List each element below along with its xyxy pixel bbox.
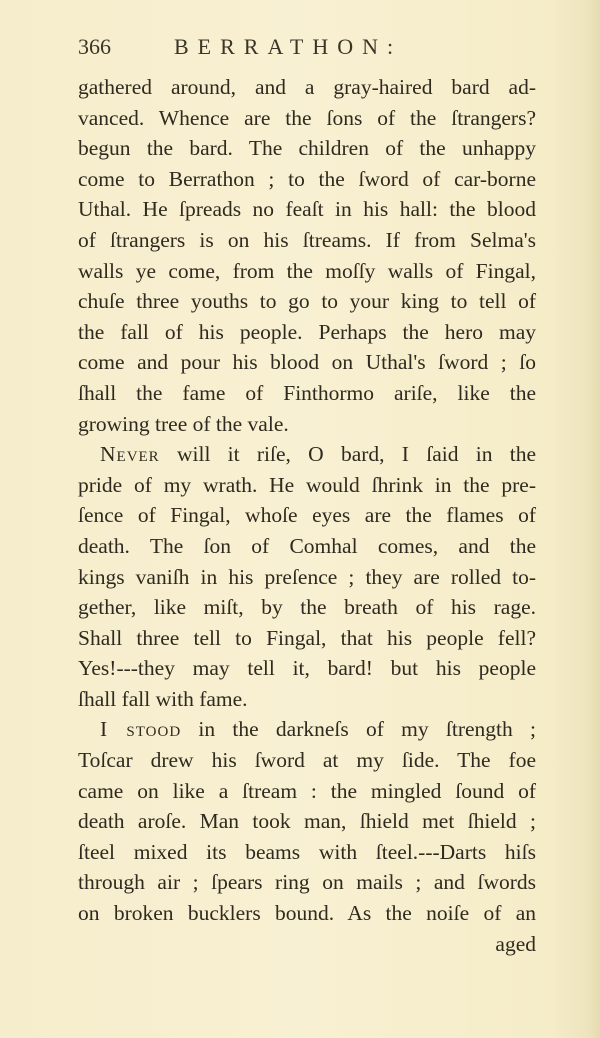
text-line: ſhall fall with fame. [78, 684, 536, 715]
text-line: growing tree of the vale. [78, 409, 536, 440]
page-number: 366 [78, 34, 111, 60]
body-text: gathered around, and a gray-haired bard … [78, 72, 536, 959]
text-line: the fall of his people. Perhaps the hero… [78, 317, 536, 348]
text-run: will it riſe, O bard, I ſaid in the [177, 442, 536, 466]
page-header: 366 BERRATHON: [78, 30, 538, 64]
text-line: of ſtrangers is on his ſtreams. If from … [78, 225, 536, 256]
text-line: pride of my wrath. He would ſhrink in th… [78, 470, 536, 501]
catchword: aged [78, 929, 536, 960]
text-line: ſhall the fame of Finthormo ariſe, like … [78, 378, 536, 409]
paragraph-first-line: Never will it riſe, O bard, I ſaid in th… [78, 439, 536, 470]
text-line: begun the bard. The children of the unha… [78, 133, 536, 164]
text-line: walls ye come, from the moſſy walls of F… [78, 256, 536, 287]
text-line: Toſcar drew his ſword at my ſide. The fo… [78, 745, 536, 776]
text-line: vanced. Whence are the ſons of the ſtran… [78, 103, 536, 134]
text-line: gether, like miſt, by the breath of his … [78, 592, 536, 623]
running-title: BERRATHON: [174, 34, 402, 60]
text-line: come to Berrathon ; to the ſword of car-… [78, 164, 536, 195]
paragraph-lead-word: Never [100, 442, 160, 466]
text-line: on broken bucklers bound. As the noiſe o… [78, 898, 536, 929]
text-line: kings vaniſh in his preſence ; they are … [78, 562, 536, 593]
text-run: in the darkneſs of my ſtrength ; [198, 717, 536, 741]
book-page: 366 BERRATHON: gathered around, and a gr… [0, 0, 600, 1038]
text-line: come and pour his blood on Uthal's ſword… [78, 347, 536, 378]
text-line: Uthal. He ſpreads no feaſt in his hall: … [78, 194, 536, 225]
text-line: Shall three tell to Fingal, that his peo… [78, 623, 536, 654]
text-line: death aroſe. Man took man, ſhield met ſh… [78, 806, 536, 837]
text-line: ſteel mixed its beams with ſteel.---Dart… [78, 837, 536, 868]
text-line: chuſe three youths to go to your king to… [78, 286, 536, 317]
text-line: ſence of Fingal, whoſe eyes are the flam… [78, 500, 536, 531]
text-line: came on like a ſtream : the mingled ſoun… [78, 776, 536, 807]
text-line: death. The ſon of Comhal comes, and the [78, 531, 536, 562]
page-edge [592, 0, 600, 1038]
text-line: Yes!---they may tell it, bard! but his p… [78, 653, 536, 684]
paragraph-first-line: I stood in the darkneſs of my ſtrength ; [78, 714, 536, 745]
paragraph-lead-word: I stood [100, 717, 181, 741]
text-line: gathered around, and a gray-haired bard … [78, 72, 536, 103]
text-line: through air ; ſpears ring on mails ; and… [78, 867, 536, 898]
